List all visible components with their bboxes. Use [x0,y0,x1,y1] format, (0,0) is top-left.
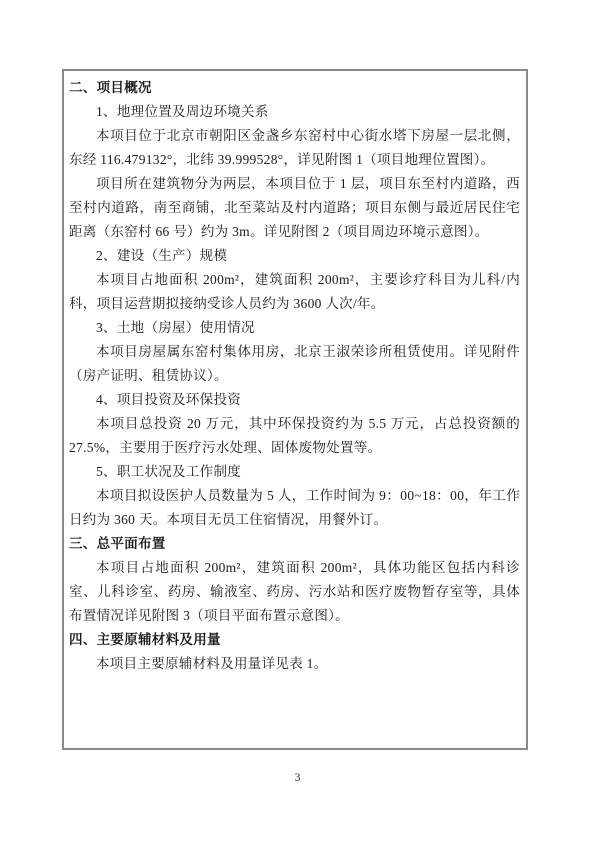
subsection-title: 3、土地（房屋）使用情况 [69,316,520,340]
subsection-title: 2、建设（生产）规模 [69,244,520,268]
subsection-title: 4、项目投资及环保投资 [69,388,520,412]
body-paragraph: 本项目主要原辅材料及用量详见表 1。 [69,652,520,676]
content-frame: 二、项目概况 1、地理位置及周边环境关系 本项目位于北京市朝阳区金盏乡东窑村中心… [62,69,528,750]
subsection-title: 1、地理位置及周边环境关系 [69,100,520,124]
page-number: 3 [0,770,595,785]
document-page: 二、项目概况 1、地理位置及周边环境关系 本项目位于北京市朝阳区金盏乡东窑村中心… [0,0,595,842]
section-heading: 三、总平面布置 [69,532,520,556]
section-heading: 四、主要原辅材料及用量 [69,628,520,652]
section-heading: 二、项目概况 [69,76,520,100]
subsection-title: 5、职工状况及工作制度 [69,460,520,484]
body-paragraph: 本项目位于北京市朝阳区金盏乡东窑村中心街水塔下房屋一层北侧，东经 116.479… [69,124,520,172]
body-paragraph: 本项目占地面积 200m²，建筑面积 200m²，具体功能区包括内科诊室、儿科诊… [69,556,520,628]
body-paragraph: 本项目拟设医护人员数量为 5 人，工作时间为 9：00~18：00，年工作日约为… [69,484,520,532]
body-paragraph: 本项目总投资 20 万元，其中环保投资约为 5.5 万元，占总投资额的 27.5… [69,412,520,460]
body-paragraph: 本项目房屋属东窑村集体用房，北京王淑荣诊所租赁使用。详见附件（房产证明、租赁协议… [69,340,520,388]
body-paragraph: 本项目占地面积 200m²，建筑面积 200m²，主要诊疗科目为儿科/内科，项目… [69,268,520,316]
body-paragraph: 项目所在建筑物分为两层，本项目位于 1 层，项目东至村内道路，西至村内道路，南至… [69,172,520,244]
